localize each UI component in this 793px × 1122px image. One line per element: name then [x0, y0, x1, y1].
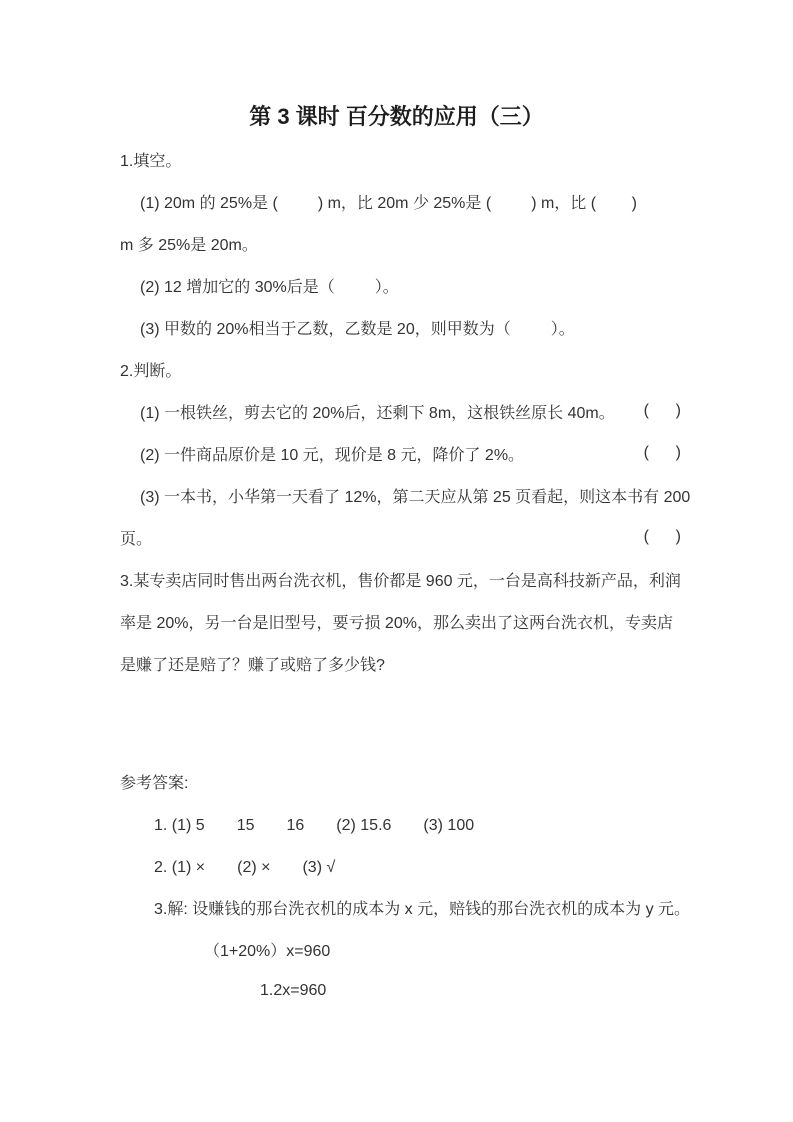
q1-item1-line1: (1) 20m 的 25%是 ( ) m，比 20m 少 25%是 ( ) m，… [120, 180, 683, 222]
worksheet-content: 1.填空。 (1) 20m 的 25%是 ( ) m，比 20m 少 25%是 … [0, 134, 793, 1012]
blank-space [120, 684, 683, 760]
q1-item1-line2: m 多 25%是 20m。 [120, 222, 683, 264]
q3-line3: 是赚了还是赔了？赚了或赔了多少钱? [120, 642, 683, 684]
answer-3-equation-1: （1+20%）x=960 [120, 928, 683, 970]
q2-item2: (2) 一件商品原价是 10 元，现价是 8 元，降价了 2%。 ( ) [120, 432, 683, 474]
q1-heading: 1.填空。 [120, 138, 683, 180]
q3-line1: 3.某专卖店同时售出两台洗衣机，售价都是 960 元，一台是高科技新产品，利润 [120, 558, 683, 600]
answer-2: 2. (1) × (2) × (3) √ [120, 844, 683, 886]
answer-3-equation-2: 1.2x=960 [120, 970, 683, 1012]
answers-heading: 参考答案: [120, 760, 683, 802]
answer-3-setup: 3.解: 设赚钱的那台洗衣机的成本为 x 元，赔钱的那台洗衣机的成本为 y 元。 [120, 886, 683, 928]
q1-item3: (3) 甲数的 20%相当于乙数，乙数是 20，则甲数为（ ）。 [120, 306, 683, 348]
q2-item1-answer-blank: ( ) [644, 402, 681, 420]
q2-heading: 2.判断。 [120, 348, 683, 390]
worksheet-page: 第 3 课时 百分数的应用（三） 1.填空。 (1) 20m 的 25%是 ( … [0, 0, 793, 1122]
page-title: 第 3 课时 百分数的应用（三） [0, 0, 793, 134]
q2-item3-line2: 页。 ( ) [120, 516, 683, 558]
q2-item3-line1: (3) 一本书，小华第一天看了 12%，第二天应从第 25 页看起，则这本书有 … [120, 474, 683, 516]
q2-item2-answer-blank: ( ) [644, 444, 681, 462]
q2-item3-line2-text: 页。 [120, 526, 152, 549]
answer-1: 1. (1) 5 15 16 (2) 15.6 (3) 100 [120, 802, 683, 844]
q2-item1: (1) 一根铁丝，剪去它的 20%后，还剩下 8m，这根铁丝原长 40m。 ( … [120, 390, 683, 432]
q2-item1-text: (1) 一根铁丝，剪去它的 20%后，还剩下 8m，这根铁丝原长 40m。 [140, 400, 615, 423]
q3-line2: 率是 20%，另一台是旧型号，要亏损 20%，那么卖出了这两台洗衣机，专卖店 [120, 600, 683, 642]
q1-item2: (2) 12 增加它的 30%后是（ ）。 [120, 264, 683, 306]
q2-item3-answer-blank: ( ) [644, 528, 681, 546]
q2-item2-text: (2) 一件商品原价是 10 元，现价是 8 元，降价了 2%。 [140, 442, 524, 465]
